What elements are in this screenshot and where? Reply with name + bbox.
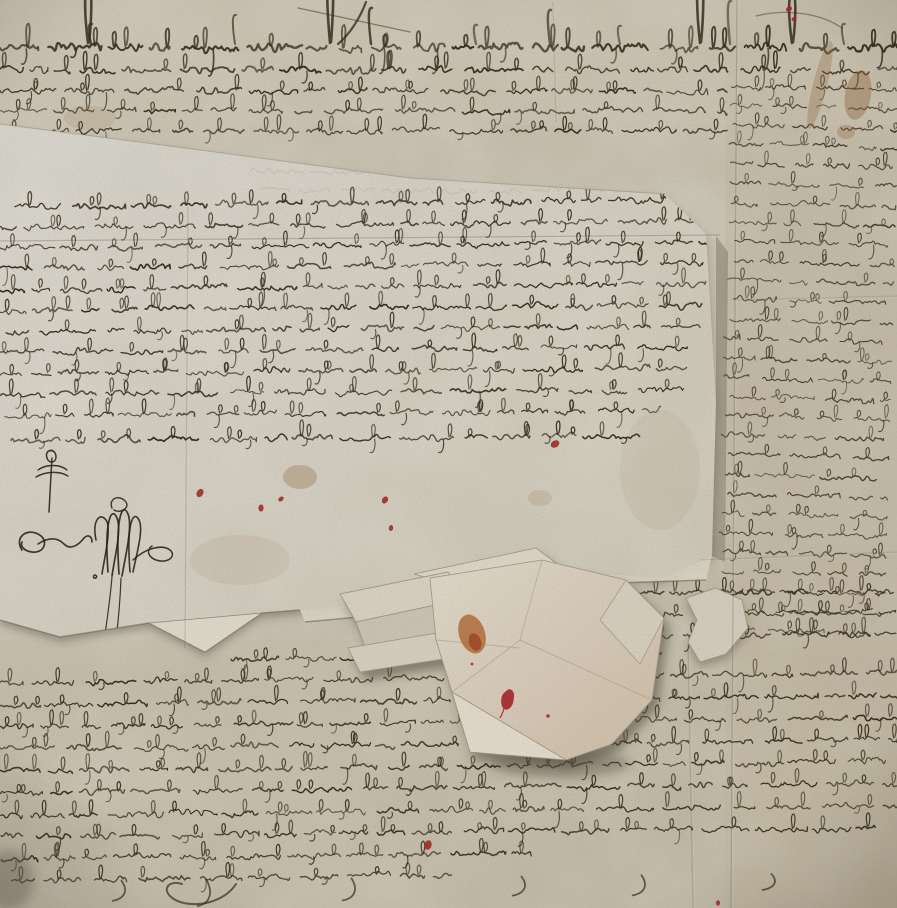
manuscript-photo	[0, 0, 897, 908]
photo-vignette	[0, 0, 897, 908]
manuscript-scene	[0, 0, 897, 908]
